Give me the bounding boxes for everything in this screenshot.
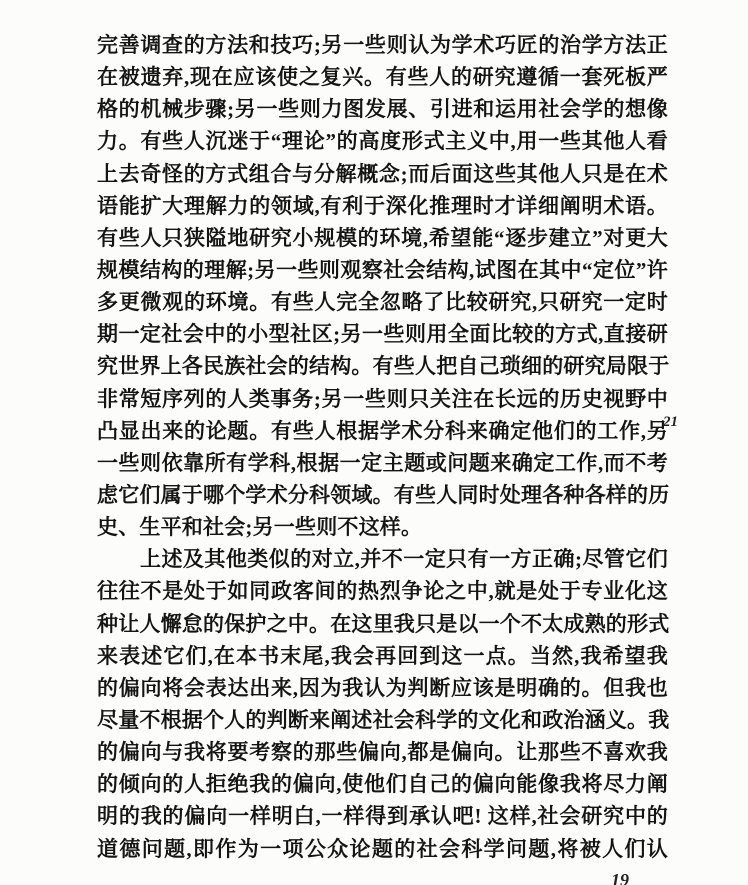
text-line: 往往不是处于如同政客间的热烈争论之中,就是处于专业化这 <box>97 575 668 607</box>
text-line: 虑它们属于哪个学术分科领域。有些人同时处理各种各样的历 <box>97 479 668 511</box>
text-line: 的偏向将会表达出来,因为我认为判断应该是明确的。但我也 <box>97 672 668 704</box>
margin-page-reference: 21 <box>663 414 678 431</box>
text-line: 来表述它们,在本书末尾,我会再回到这一点。当然,我希望我 <box>97 640 668 672</box>
text-line: 语能扩大理解力的领域,有利于深化推理时才详细阐明术语。 <box>97 190 668 222</box>
page-number: 19 <box>611 870 629 885</box>
text-line: 的倾向的人拒绝我的偏向,使他们自己的偏向能像我将尽力阐 <box>97 768 668 800</box>
text-line: 上述及其他类似的对立,并不一定只有一方正确;尽管它们 <box>97 543 668 575</box>
text-line: 有些人只狭隘地研究小规模的环境,希望能“逐步建立”对更大 <box>97 222 668 254</box>
text-line: 明的我的偏向一样明白,一样得到承认吧! 这样,社会研究中的 <box>97 800 668 832</box>
text-line: 规模结构的理解;另一些则观察社会结构,试图在其中“定位”许 <box>97 254 668 286</box>
text-line: 道德问题,即作为一项公众论题的社会科学问题,将被人们认 <box>97 833 668 865</box>
text-line: 多更微观的环境。有些人完全忽略了比较研究,只研究一定时 <box>97 286 668 318</box>
text-line: 究世界上各民族社会的结构。有些人把自己琐细的研究局限于 <box>97 350 668 382</box>
text-line: 史、生平和社会;另一些则不这样。 <box>97 511 668 543</box>
book-page: 完善调查的方法和技巧;另一些则认为学术巧匠的治学方法正在被遗弃,现在应该使之复兴… <box>0 0 748 885</box>
text-line: 的偏向与我将要考察的那些偏向,都是偏向。让那些不喜欢我 <box>97 736 668 768</box>
text-line: 格的机械步骤;另一些则力图发展、引进和运用社会学的想像 <box>97 93 668 125</box>
text-line: 种让人懈怠的保护之中。在这里我只是以一个不太成熟的形式 <box>97 608 668 640</box>
text-line: 力。有些人沉迷于“理论”的高度形式主义中,用一些其他人看 <box>97 125 668 157</box>
text-line: 期一定社会中的小型社区;另一些则用全面比较的方式,直接研 <box>97 318 668 350</box>
text-line: 非常短序列的人类事务;另一些则只关注在长远的历史视野中 <box>97 383 668 415</box>
text-line: 凸显出来的论题。有些人根据学术分科来确定他们的工作,另 <box>97 415 668 447</box>
text-line: 在被遗弃,现在应该使之复兴。有些人的研究遵循一套死板严 <box>97 61 668 93</box>
text-line: 一些则依靠所有学科,根据一定主题或问题来确定工作,而不考 <box>97 447 668 479</box>
text-line: 上去奇怪的方式组合与分解概念;而后面这些其他人只是在术 <box>97 158 668 190</box>
text-line: 尽量不根据个人的判断来阐述社会科学的文化和政治涵义。我 <box>97 704 668 736</box>
text-line: 完善调查的方法和技巧;另一些则认为学术巧匠的治学方法正 <box>97 29 668 61</box>
page-text: 完善调查的方法和技巧;另一些则认为学术巧匠的治学方法正在被遗弃,现在应该使之复兴… <box>97 29 668 865</box>
